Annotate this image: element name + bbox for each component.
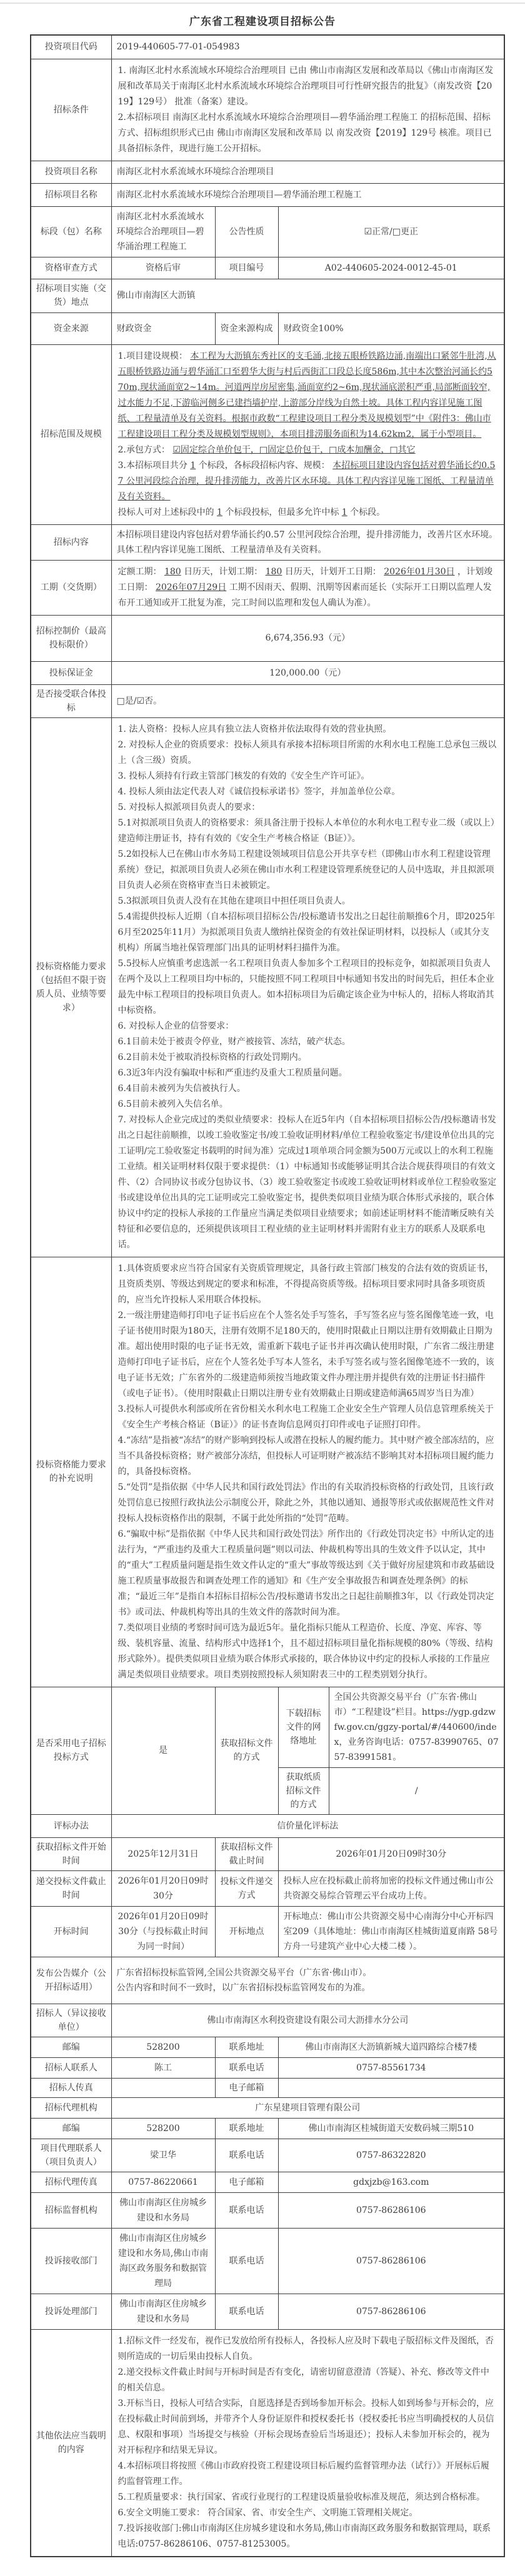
agency-email-value: gdxjzb@163.com <box>278 2172 504 2192</box>
investment-code-label: 投资项目代码 <box>31 35 111 59</box>
download-url-value: 全国公共资源交易平台（广东省·佛山市）“工程建设”栏目。https://ygp.… <box>329 1687 504 1767</box>
tenderer-contact-value: 陈工 <box>111 2057 215 2078</box>
row-investment-code: 投资项目代码 2019-440605-77-01-054983 <box>31 35 504 59</box>
agency-fax-label: 招标代理传真 <box>31 2172 111 2192</box>
control-price-value: 6,674,356.93（元） <box>111 615 504 661</box>
qualification-review-label: 资格审查方式 <box>31 257 111 279</box>
tenderer-value: 佛山市南海区水利投资建设有限公司大沥排水分公司 <box>111 2004 504 2037</box>
agency-address-value: 佛山市南海区桂城街道天安数码城三期510 <box>278 2118 504 2139</box>
tender-name-value: 南海区北村水系流域水环境综合治理项目—碧华涌治理工程施工 <box>111 183 504 206</box>
doc-start-time-value: 2025年12月31日 <box>111 1837 215 1870</box>
funds-source-label: 资金来源 <box>31 312 111 344</box>
qualification-review-value: 资格后审 <box>111 257 215 279</box>
row-location: 招标项目实施（交货）地点 佛山市南海区大沥镇 <box>31 279 504 312</box>
funds-source-value: 财政资金 <box>111 312 215 344</box>
row-tenderer-contact: 招标人联系人 陈工 联系电话 0757-85561734 <box>31 2057 504 2078</box>
download-url-label: 下载招标文件的网络地址 <box>278 1687 329 1767</box>
announcement-media-value: 广东省招标投标监管网,全国公共资源交易平台（广东省·佛山市）。 公告内容和时间不… <box>111 1957 504 2004</box>
location-label: 招标项目实施（交货）地点 <box>31 279 111 312</box>
row-submit-deadline: 递交投标文件截止时间 2026年01月20日09时30分 投标文件递交方式 投标… <box>31 1870 504 1906</box>
agency-email-label: 电子邮箱 <box>215 2172 278 2192</box>
notice-nature-label: 公告性质 <box>215 206 278 257</box>
electronic-bidding-label: 是否采用电子招标投标方式 <box>31 1687 111 1814</box>
investment-code-value: 2019-440605-77-01-054983 <box>111 35 504 59</box>
row-tender-name: 招标项目名称 南海区北村水系流域水环境综合治理项目—碧华涌治理工程施工 <box>31 183 504 206</box>
row-qualification-requirements: 投标资格能力要求（包括但不限于资质人员、业绩等要求） 1. 法人资格：投标人应具… <box>31 717 504 1257</box>
tender-announcement-table: 投资项目代码 2019-440605-77-01-054983 招标条件 1. … <box>30 34 505 2557</box>
complaint-receiving-value: 佛山市南海区住房城乡建设和水务局,佛山市南海区政务服务和数据管理局 <box>111 2228 215 2294</box>
row-consortium: 是否接受联合体投标 □是/☑否。 <box>31 684 504 717</box>
tenderer-phone-label: 联系电话 <box>215 2057 278 2078</box>
row-control-price: 招标控制价（最高投标限价） 6,674,356.93（元） <box>31 615 504 661</box>
qualification-requirements-label: 投标资格能力要求（包括但不限于资质人员、业绩等要求） <box>31 717 111 1257</box>
qualification-supplement-value: 1.具体资质要求应当符合国家有关资质管理规定，具备行政主管部门核发的合法有效的资… <box>111 1257 504 1687</box>
funds-composition-label: 资金来源构成 <box>215 312 278 344</box>
agency-value: 广东星建项目管理有限公司 <box>111 2097 504 2118</box>
row-tenderer-fax: 招标人传真 电子邮箱 <box>31 2078 504 2097</box>
row-tenderer-postcode: 邮编 528200 联系地址 佛山市南海区大沥镇新城大道四路综合楼7楼 <box>31 2037 504 2057</box>
opening-place-value: 开标地点：佛山市公共资源交易中心南海分中心开标四室209（具体地址：佛山市南海区… <box>278 1906 504 1957</box>
row-agency-postcode: 邮编 528200 联系地址 佛山市南海区桂城街道天安数码城三期510 <box>31 2118 504 2139</box>
submit-method-value: 投标人应在投标截止前将加密的投标文件通过佛山市公共资源交易综合管理云平台成功上传… <box>278 1870 504 1906</box>
bid-bond-label: 投标保证金 <box>31 661 111 684</box>
tenderer-contact-label: 招标人联系人 <box>31 2057 111 2078</box>
complaint-receiving-phone-value: 0757-86286106 <box>278 2228 504 2294</box>
row-bid-bond: 投标保证金 120,000.00（元） <box>31 661 504 684</box>
tenderer-fax-value <box>111 2078 215 2097</box>
agency-postcode-value: 528200 <box>111 2118 215 2139</box>
row-complaint-handling: 投诉处理部门 佛山市南海区住房城乡建设和水务局 联系电话 0757-862861… <box>31 2294 504 2329</box>
row-tender-conditions: 招标条件 1. 南海区北村水系流域水环境综合治理项目 已由 佛山市南海区发展和改… <box>31 59 504 161</box>
agency-phone-value: 0757-86322820 <box>278 2139 504 2172</box>
row-duration: 工期（交货期） 定额工期： 180 日历天，计划工期： 180 日历天，计划开工… <box>31 560 504 615</box>
tender-conditions-value: 1. 南海区北村水系流域水环境综合治理项目 已由 佛山市南海区发展和改革局以《佛… <box>111 59 504 161</box>
doc-start-time-label: 获取招标文件开始时间 <box>31 1837 111 1870</box>
tenderer-postcode-label: 邮编 <box>31 2037 111 2057</box>
doc-end-time-label: 获取招标文件截止时间 <box>215 1837 278 1870</box>
supervision-value: 佛山市南海区住房城乡建设和水务局 <box>111 2192 215 2228</box>
agency-label: 招标代理机构 <box>31 2097 111 2118</box>
scope-label: 招标范围及规模 <box>31 344 111 524</box>
other-items-value: 1.招标文件一经发布，视作已发放给所有投标人，各投标人应及时下载电子版招标文件及… <box>111 2329 504 2557</box>
agency-contact-label: 项目代理联系人（项目负责人） <box>31 2139 111 2172</box>
row-announcement-media: 发布公告媒介（公开招标适用） 广东省招标投标监管网,全国公共资源交易平台（广东省… <box>31 1957 504 2004</box>
location-value: 佛山市南海区大沥镇 <box>111 279 504 312</box>
row-agency-contact: 项目代理联系人（项目负责人） 梁卫华 联系电话 0757-86322820 <box>31 2139 504 2172</box>
row-qualification-review: 资格审查方式 资格后审 项目编号 A02-440605-2024-0012-45… <box>31 257 504 279</box>
evaluation-method-label: 评标办法 <box>31 1814 111 1837</box>
notice-nature-value: ☑正常/□更正 <box>278 206 504 257</box>
paper-doc-value: / <box>329 1767 504 1814</box>
duration-value: 定额工期： 180 日历天，计划工期： 180 日历天，计划开工日期： 2026… <box>111 560 504 615</box>
duration-label: 工期（交货期） <box>31 560 111 615</box>
complaint-handling-value: 佛山市南海区住房城乡建设和水务局 <box>111 2294 215 2329</box>
scope-value: 1.项目建设规模： 本工程为大沥镇东秀社区的支毛涌,北接五眼桥铁路边涌,南端出口… <box>111 344 504 524</box>
page-title: 广东省工程建设项目招标公告 <box>0 12 525 28</box>
complaint-handling-phone-value: 0757-86286106 <box>278 2294 504 2329</box>
row-complaint-receiving: 投诉接收部门 佛山市南海区住房城乡建设和水务局,佛山市南海区政务服务和数据管理局… <box>31 2228 504 2294</box>
doc-end-time-value: 2026年01月20日09时30分 <box>278 1837 504 1870</box>
supervision-phone-value: 0757-86286106 <box>278 2192 504 2228</box>
complaint-receiving-phone-label: 联系电话 <box>215 2228 278 2294</box>
tenderer-phone-value: 0757-85561734 <box>278 2057 504 2078</box>
tenderer-address-label: 联系地址 <box>215 2037 278 2057</box>
tenderer-email-label: 电子邮箱 <box>215 2078 278 2097</box>
submit-deadline-value: 2026年01月20日09时30分 <box>111 1870 215 1906</box>
tenderer-postcode-value: 528200 <box>111 2037 215 2057</box>
tender-content-value: 本招标项目建设内容包括对碧华涌长约0.57 公里河段综合治理，提升排涝能力，改善… <box>111 524 504 560</box>
project-number-value: A02-440605-2024-0012-45-01 <box>278 257 504 279</box>
tenderer-address-value: 佛山市南海区大沥镇新城大道四路综合楼7楼 <box>278 2037 504 2057</box>
complaint-handling-label: 投诉处理部门 <box>31 2294 111 2329</box>
row-qualification-supplement: 投标资格能力要求的补充说明 1.具体资质要求应当符合国家有关资质管理规定，具备行… <box>31 1257 504 1687</box>
agency-fax-value: 0757-86220661 <box>111 2172 215 2192</box>
row-agency-fax: 招标代理传真 0757-86220661 电子邮箱 gdxjzb@163.com <box>31 2172 504 2192</box>
project-number-label: 项目编号 <box>215 257 278 279</box>
row-scope: 招标范围及规模 1.项目建设规模： 本工程为大沥镇东秀社区的支毛涌,北接五眼桥铁… <box>31 344 504 524</box>
agency-address-label: 联系地址 <box>215 2118 278 2139</box>
row-agency: 招标代理机构 广东星建项目管理有限公司 <box>31 2097 504 2118</box>
electronic-bidding-value: 是 <box>111 1687 215 1814</box>
tenderer-fax-label: 招标人传真 <box>31 2078 111 2097</box>
row-electronic-bidding: 是否采用电子招标投标方式 是 获取招标文件的方式 下载招标文件的网络地址 全国公… <box>31 1687 504 1767</box>
bottom-margin <box>0 2557 525 2576</box>
investment-name-value: 南海区北村水系流域水环境综合治理项目 <box>111 161 504 183</box>
control-price-label: 招标控制价（最高投标限价） <box>31 615 111 661</box>
doc-obtain-method-label: 获取招标文件的方式 <box>215 1687 278 1814</box>
qualification-requirements-value: 1. 法人资格：投标人应具有独立法人资格并依法取得有效的营业执照。2. 对投标人… <box>111 717 504 1257</box>
tenderer-label: 招标人（异议接收单位） <box>31 2004 111 2037</box>
row-supervision: 招标监督机构 佛山市南海区住房城乡建设和水务局 联系电话 0757-862861… <box>31 2192 504 2228</box>
opening-time-label: 开标时间 <box>31 1906 111 1957</box>
paper-doc-label: 获取纸质招标文件的方式 <box>278 1767 329 1814</box>
evaluation-method-value: 信价量化评标法 <box>111 1814 504 1837</box>
submit-deadline-label: 递交投标文件截止时间 <box>31 1870 111 1906</box>
page-top-divider <box>0 2 525 4</box>
investment-name-label: 投资项目名称 <box>31 161 111 183</box>
tender-content-label: 招标内容 <box>31 524 111 560</box>
row-evaluation-method: 评标办法 信价量化评标法 <box>31 1814 504 1837</box>
agency-contact-value: 梁卫华 <box>111 2139 215 2172</box>
row-other-items: 其他依法应当载明的内容 1.招标文件一经发布，视作已发放给所有投标人，各投标人应… <box>31 2329 504 2557</box>
row-section-name: 标段（包）名称 南海区北村水系流域水环境综合治理项目—碧华涌治理工程施工 公告性… <box>31 206 504 257</box>
opening-time-value: 2026年01月20日09时30分（与投标截止时间为同一时间） <box>111 1906 215 1957</box>
row-tenderer: 招标人（异议接收单位） 佛山市南海区水利投资建设有限公司大沥排水分公司 <box>31 2004 504 2037</box>
consortium-value: □是/☑否。 <box>111 684 504 717</box>
supervision-phone-label: 联系电话 <box>215 2192 278 2228</box>
row-doc-obtain-time: 获取招标文件开始时间 2025年12月31日 获取招标文件截止时间 2026年0… <box>31 1837 504 1870</box>
complaint-handling-phone-label: 联系电话 <box>215 2294 278 2329</box>
row-bid-opening: 开标时间 2026年01月20日09时30分（与投标截止时间为同一时间） 开标地… <box>31 1906 504 1957</box>
row-tender-content: 招标内容 本招标项目建设内容包括对碧华涌长约0.57 公里河段综合治理，提升排涝… <box>31 524 504 560</box>
tender-conditions-label: 招标条件 <box>31 59 111 161</box>
consortium-label: 是否接受联合体投标 <box>31 684 111 717</box>
complaint-receiving-label: 投诉接收部门 <box>31 2228 111 2294</box>
funds-composition-value: 财政资金100% <box>278 312 504 344</box>
announcement-media-label: 发布公告媒介（公开招标适用） <box>31 1957 111 2004</box>
bid-bond-value: 120,000.00（元） <box>111 661 504 684</box>
qualification-supplement-label: 投标资格能力要求的补充说明 <box>31 1257 111 1687</box>
tender-name-label: 招标项目名称 <box>31 183 111 206</box>
agency-phone-label: 联系电话 <box>215 2139 278 2172</box>
agency-postcode-label: 邮编 <box>31 2118 111 2139</box>
submit-method-label: 投标文件递交方式 <box>215 1870 278 1906</box>
section-name-label: 标段（包）名称 <box>31 206 111 257</box>
tenderer-email-value <box>278 2078 504 2097</box>
section-name-value: 南海区北村水系流域水环境综合治理项目—碧华涌治理工程施工 <box>111 206 215 257</box>
row-investment-name: 投资项目名称 南海区北村水系流域水环境综合治理项目 <box>31 161 504 183</box>
row-funds: 资金来源 财政资金 资金来源构成 财政资金100% <box>31 312 504 344</box>
opening-place-label: 开标地点 <box>215 1906 278 1957</box>
other-items-label: 其他依法应当载明的内容 <box>31 2329 111 2557</box>
supervision-label: 招标监督机构 <box>31 2192 111 2228</box>
